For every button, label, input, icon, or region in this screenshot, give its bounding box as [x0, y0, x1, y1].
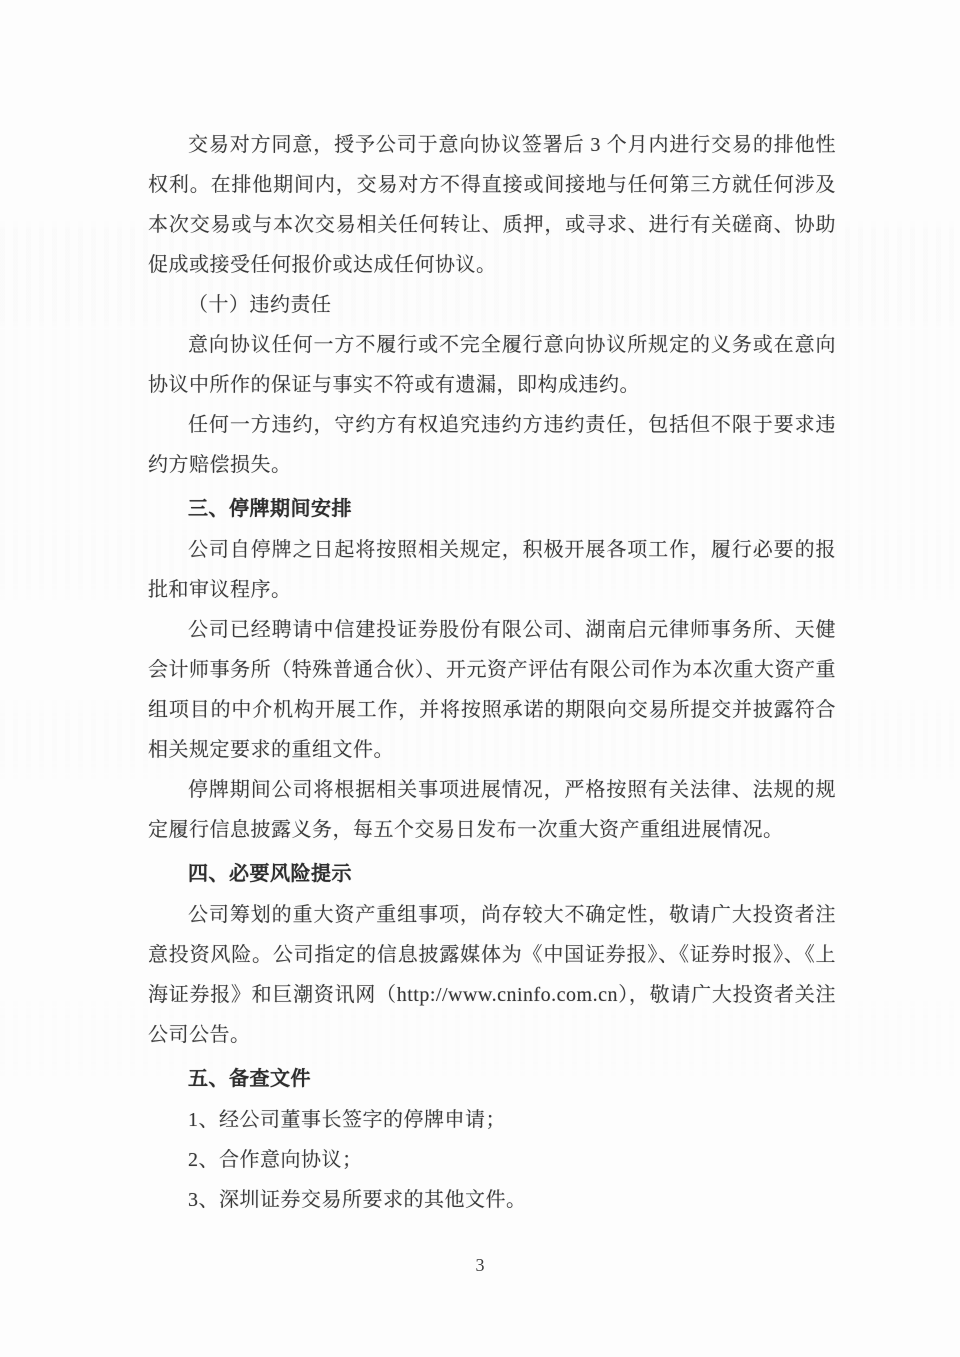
document-page: 交易对方同意，授予公司于意向协议签署后 3 个月内进行交易的排他性权利。在排他期… [0, 0, 960, 1357]
page-number: 3 [476, 1255, 485, 1275]
section-heading: 四、必要风险提示 [148, 854, 836, 894]
paragraph: （十）违约责任 [148, 285, 836, 325]
paragraph: 意向协议任何一方不履行或不完全履行意向协议所规定的义务或在意向协议中所作的保证与… [148, 325, 836, 405]
section-heading: 三、停牌期间安排 [148, 489, 836, 529]
paragraph: 1、经公司董事长签字的停牌申请； [148, 1100, 836, 1140]
paragraph: 公司自停牌之日起将按照相关规定，积极开展各项工作，履行必要的报批和审议程序。 [148, 530, 836, 610]
paragraph: 公司已经聘请中信建投证券股份有限公司、湖南启元律师事务所、天健会计师事务所（特殊… [148, 610, 836, 770]
paragraph: 2、合作意向协议； [148, 1140, 836, 1180]
paragraph: 公司筹划的重大资产重组事项，尚存较大不确定性，敬请广大投资者注意投资风险。公司指… [148, 895, 836, 1055]
paragraph: 交易对方同意，授予公司于意向协议签署后 3 个月内进行交易的排他性权利。在排他期… [148, 125, 836, 285]
paragraph: 任何一方违约，守约方有权追究违约方违约责任，包括但不限于要求违约方赔偿损失。 [148, 405, 836, 485]
page-footer: 3 [0, 1250, 960, 1280]
paragraph: 3、深圳证券交易所要求的其他文件。 [148, 1180, 836, 1220]
section-heading: 五、备查文件 [148, 1059, 836, 1099]
document-body: 交易对方同意，授予公司于意向协议签署后 3 个月内进行交易的排他性权利。在排他期… [148, 125, 836, 1220]
paragraph: 停牌期间公司将根据相关事项进展情况，严格按照有关法律、法规的规定履行信息披露义务… [148, 770, 836, 850]
